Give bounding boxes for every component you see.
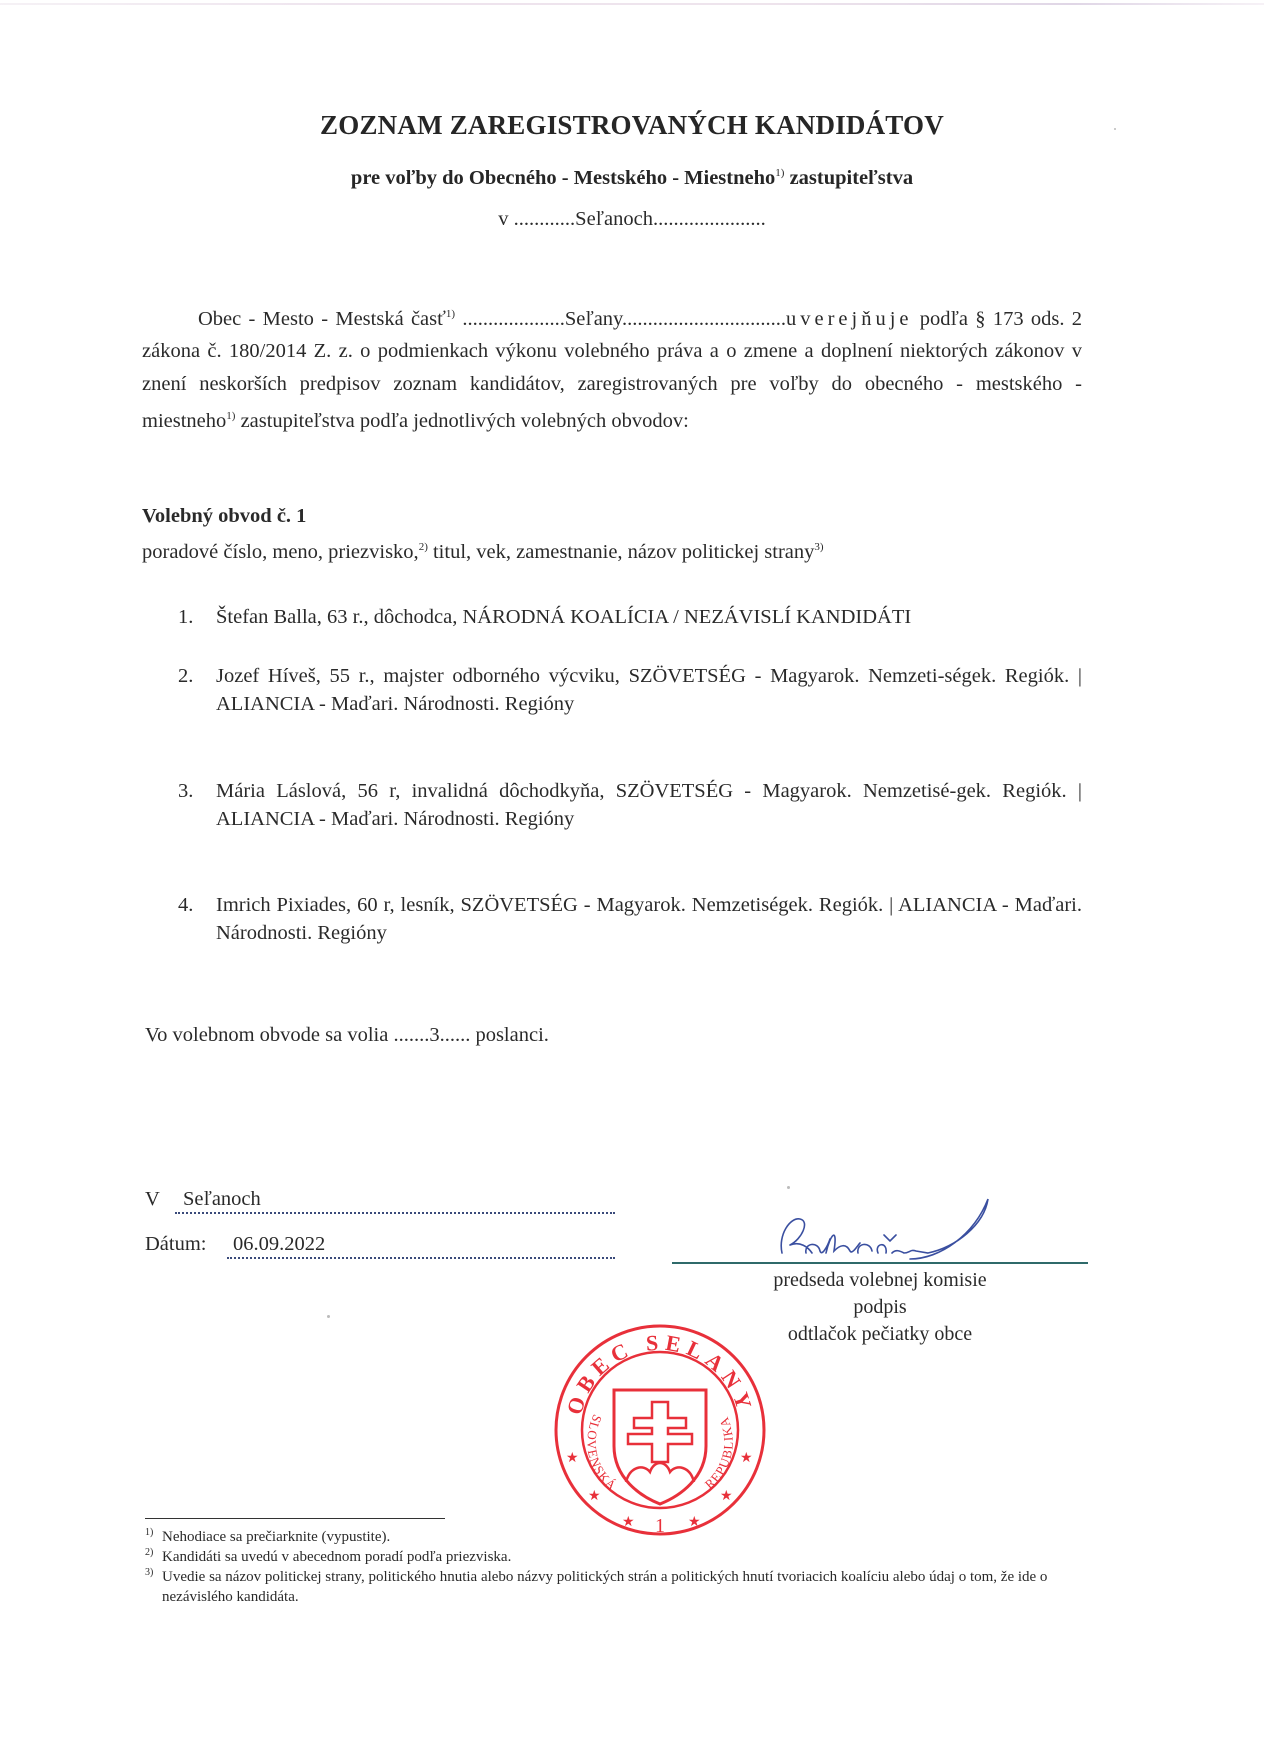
seats-suffix: ...... poslanci. bbox=[440, 1024, 549, 1046]
place-line: v ............Seľanoch..................… bbox=[0, 208, 1264, 231]
candidate-text: Jozef Híveš, 55 r., majster odborného vý… bbox=[216, 662, 1082, 718]
intro-lead: Obec - Mesto - Mestská časť bbox=[198, 308, 446, 330]
svg-text:★: ★ bbox=[740, 1450, 753, 1466]
candidate-item: 3. Mária Láslová, 56 r, invalidná dôchod… bbox=[178, 777, 1082, 833]
signing-date: Dátum: 06.09.2022 bbox=[145, 1233, 207, 1256]
svg-text:★: ★ bbox=[720, 1488, 733, 1504]
candidate-number: 3. bbox=[178, 777, 208, 805]
columns-text: poradové číslo, meno, priezvisko, bbox=[142, 541, 419, 563]
seats-count: 3 bbox=[429, 1024, 439, 1046]
place-value: Seľanoch bbox=[575, 208, 653, 230]
footnote-mark: 1) bbox=[145, 1523, 153, 1543]
dots: ...................... bbox=[653, 208, 766, 230]
document-title: ZOZNAM ZAREGISTROVANÝCH KANDIDÁTOV bbox=[0, 110, 1264, 141]
candidate-number: 2. bbox=[178, 662, 208, 690]
date-field: 06.09.2022 bbox=[227, 1233, 615, 1259]
dots: .................... bbox=[455, 308, 565, 330]
signing-place: V Seľanoch bbox=[145, 1188, 160, 1211]
subtitle-text: pre voľby do Obecného - Mestského - Mies… bbox=[351, 167, 775, 189]
svg-text:★: ★ bbox=[588, 1488, 601, 1504]
scan-edge bbox=[0, 3, 1264, 5]
district-title: Volebný obvod č. 1 bbox=[142, 505, 306, 528]
intro-verb: uverejňuje bbox=[786, 308, 913, 330]
date-label: Dátum: bbox=[145, 1233, 207, 1255]
intro-paragraph: Obec - Mesto - Mestská časť1) ..........… bbox=[142, 298, 1082, 438]
dots: ................................ bbox=[622, 308, 786, 330]
municipal-stamp: OBEC SELANY SLOVENSKÁ REPUBLIKA ★ ★ ★ ★ … bbox=[552, 1322, 768, 1538]
footnote-item: 1)Nehodiace sa prečiarknite (vypustite). bbox=[145, 1527, 1105, 1547]
place-value: Seľanoch bbox=[175, 1188, 261, 1210]
candidate-number: 4. bbox=[178, 891, 208, 919]
document-subtitle: pre voľby do Obecného - Mestského - Mies… bbox=[0, 167, 1264, 190]
footnote-ref: 1) bbox=[446, 308, 455, 320]
caption-role: predseda volebnej komisie bbox=[700, 1267, 1060, 1294]
scan-speck bbox=[1114, 128, 1116, 130]
svg-text:OBEC SELANY: OBEC SELANY bbox=[561, 1330, 758, 1418]
footnote-ref: 2) bbox=[419, 541, 428, 553]
candidate-text: Imrich Pixiades, 60 r, lesník, SZÖVETSÉG… bbox=[216, 891, 1082, 947]
svg-text:★: ★ bbox=[566, 1450, 579, 1466]
candidate-item: 2. Jozef Híveš, 55 r., majster odborného… bbox=[178, 662, 1082, 718]
seats-statement: Vo volebnom obvode sa volia .......3....… bbox=[145, 1024, 549, 1047]
footnote-mark: 3) bbox=[145, 1563, 153, 1583]
dots: ............ bbox=[514, 208, 576, 230]
columns-text: titul, vek, zamestnanie, názov politicke… bbox=[428, 541, 815, 563]
footnote-rule bbox=[145, 1518, 445, 1519]
candidate-text: Mária Láslová, 56 r, invalidná dôchodkyň… bbox=[216, 777, 1082, 833]
caption-signature: podpis bbox=[700, 1294, 1060, 1321]
footnote-ref: 3) bbox=[814, 541, 823, 553]
footnote-text: Nehodiace sa prečiarknite (vypustite). bbox=[162, 1529, 390, 1545]
candidate-text: Štefan Balla, 63 r., dôchodca, NÁRODNÁ K… bbox=[216, 603, 1082, 631]
footnote-item: 2)Kandidáti sa uvedú v abecednom poradí … bbox=[145, 1547, 1105, 1567]
footnotes: 1)Nehodiace sa prečiarknite (vypustite).… bbox=[145, 1527, 1105, 1607]
place-label: V bbox=[145, 1188, 160, 1210]
municipality-name: Seľany bbox=[565, 308, 622, 330]
footnote-text: Kandidáti sa uvedú v abecednom poradí po… bbox=[162, 1549, 511, 1565]
date-value: 06.09.2022 bbox=[227, 1233, 325, 1255]
candidate-number: 1. bbox=[178, 603, 208, 631]
footnote-text: Uvedie sa názov politickej strany, polit… bbox=[162, 1569, 1047, 1605]
place-prefix: v bbox=[498, 208, 513, 230]
scan-speck bbox=[787, 1186, 790, 1189]
candidate-item: 4. Imrich Pixiades, 60 r, lesník, SZÖVET… bbox=[178, 891, 1082, 947]
candidate-item: 1. Štefan Balla, 63 r., dôchodca, NÁRODN… bbox=[178, 603, 1082, 631]
subtitle-end: zastupiteľstva bbox=[784, 167, 913, 189]
signature-line bbox=[672, 1262, 1088, 1264]
footnote-mark: 2) bbox=[145, 1543, 153, 1563]
footnote-item: 3)Uvedie sa názov politickej strany, pol… bbox=[145, 1567, 1105, 1607]
place-field: Seľanoch bbox=[175, 1188, 615, 1214]
seats-prefix: Vo volebnom obvode sa volia ....... bbox=[145, 1024, 429, 1046]
columns-description: poradové číslo, meno, priezvisko,2) titu… bbox=[142, 541, 824, 564]
scan-speck bbox=[327, 1315, 330, 1318]
intro-body-end: zastupiteľstva podľa jednotlivých volebn… bbox=[235, 410, 688, 432]
